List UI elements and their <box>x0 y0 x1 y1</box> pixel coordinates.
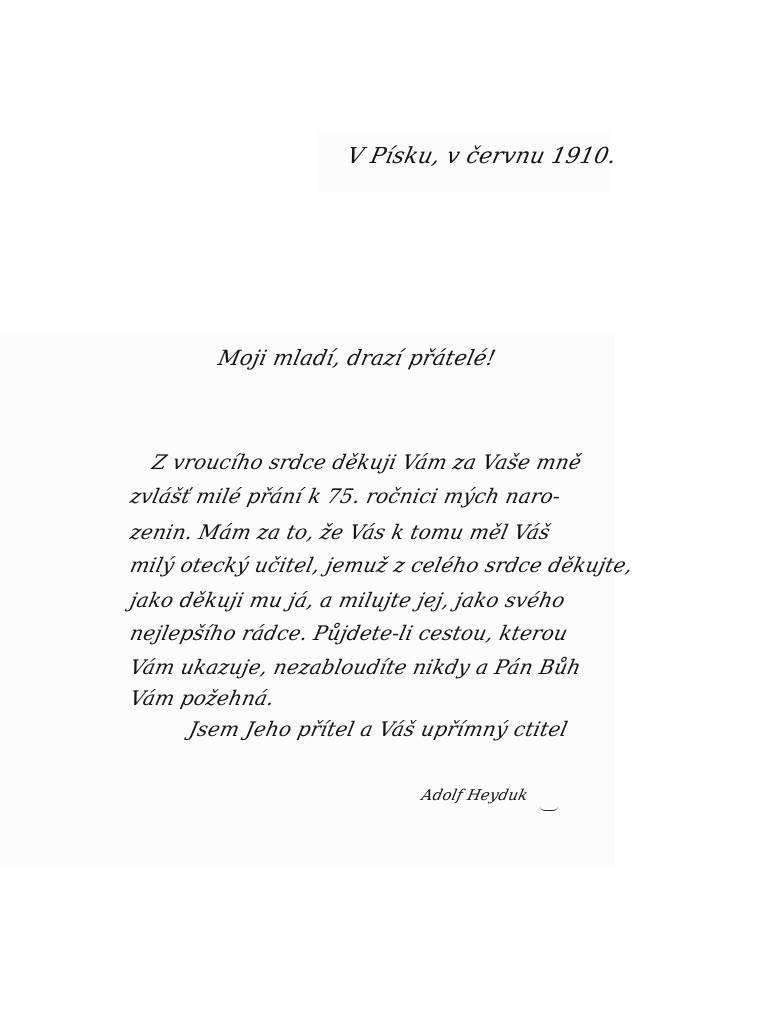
body-line: nejlepšího rádce. Půjdete-li cestou, kte… <box>128 621 570 645</box>
body-line: jako děkuji mu já, a milujte jej, jako s… <box>128 588 567 612</box>
body-line: Vám požehná. <box>128 686 277 710</box>
body-line: zenin. Mám za to, že Vás k tomu měl Váš <box>128 520 552 544</box>
signature: Adolf Heyduk <box>420 786 530 804</box>
closing-line: Jsem Jeho přítel a Váš upřímný ctitel <box>187 717 570 741</box>
place-date-line: V Písku, v červnu 1910. <box>345 144 618 169</box>
body-line: Z vroucího srdce děkuji Vám za Vaše mně <box>150 450 584 474</box>
signature-flourish <box>540 806 558 811</box>
body-line: zvlášť milé přání k 75. ročnici mých nar… <box>128 484 563 508</box>
body-line: Vám ukazuje, nezabloudíte nikdy a Pán Bů… <box>128 655 583 679</box>
salutation: Moji mladí, drazí přátelé! <box>216 346 498 370</box>
body-line: milý otecký učitel, jemuž z celého srdce… <box>128 553 635 577</box>
